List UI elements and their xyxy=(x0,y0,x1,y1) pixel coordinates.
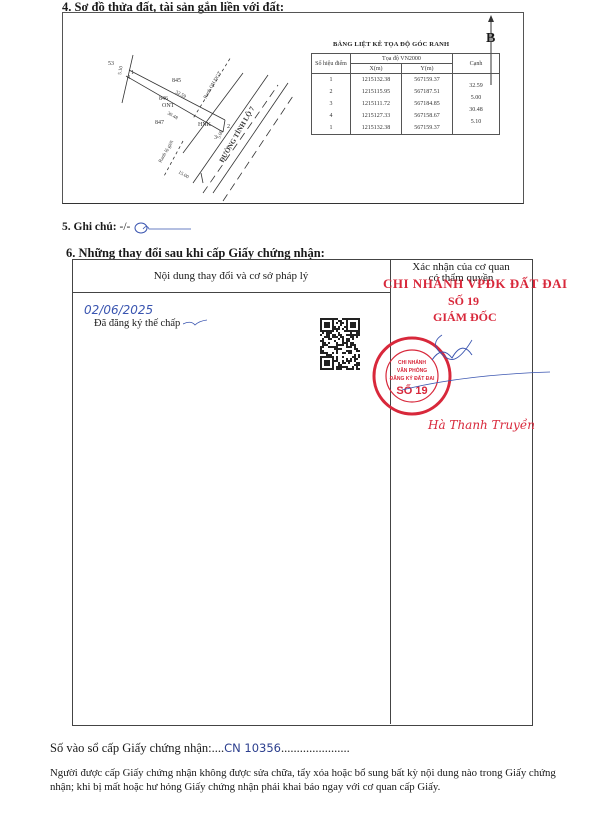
y-cell: 567159.37 xyxy=(402,122,452,134)
header-y: Y(m) xyxy=(402,64,453,74)
header-x: X(m) xyxy=(351,64,402,74)
y-cell: 567159.37 xyxy=(402,74,452,86)
svg-text:845: 845 xyxy=(172,78,181,84)
point-cell: 2 xyxy=(312,86,350,98)
stamp-office-number: SỐ 19 xyxy=(448,294,479,309)
header-point: Số hiệu điểm xyxy=(312,54,351,74)
svg-text:ONT: ONT xyxy=(162,103,175,109)
svg-text:30.48: 30.48 xyxy=(166,111,179,121)
coordinate-table-title: BẢNG LIỆT KÊ TỌA ĐỘ GÓC RANH xyxy=(333,41,449,48)
header-edge: Cạnh xyxy=(453,54,500,74)
entry-content-text: Đã đăng ký thế chấp xyxy=(94,318,180,329)
svg-text:HNK: HNK xyxy=(198,122,212,128)
north-arrow-label: B xyxy=(486,31,495,47)
x-cell: 1215132.38 xyxy=(351,122,401,134)
svg-text:2: 2 xyxy=(227,124,230,130)
legal-notice: Người được cấp Giấy chứng nhận không đượ… xyxy=(50,766,570,794)
header-coord-group: Tọa độ VN2000 xyxy=(351,54,453,64)
edge-cell: 32.59 xyxy=(453,80,499,92)
point-cell: 1 xyxy=(312,74,350,86)
stamp-position: GIÁM ĐỐC xyxy=(433,310,497,325)
qr-code-icon xyxy=(320,318,360,370)
point-cell: 1 xyxy=(312,122,350,134)
edge-cell: 30.48 xyxy=(453,104,499,116)
edge-cell: 5.00 xyxy=(453,92,499,104)
svg-text:846: 846 xyxy=(159,96,168,102)
signer-name: Hà Thanh Truyền xyxy=(428,418,535,432)
x-cell: 1215115.95 xyxy=(351,86,401,98)
x-cell: 1215127.33 xyxy=(351,110,401,122)
point-cell: 4 xyxy=(312,110,350,122)
section-5-notes: 5. Ghi chú: -/- xyxy=(62,220,193,234)
y-cell: 567184.85 xyxy=(402,98,452,110)
registry-label: Số vào sổ cấp Giấy chứng nhận: xyxy=(50,741,212,755)
entry-content: Đã đăng ký thế chấp xyxy=(94,318,207,329)
point-column: 12341 xyxy=(312,74,351,135)
entry-date: 02/06/2025 xyxy=(84,303,153,317)
x-column: 1215132.381215115.951215111.721215127.33… xyxy=(351,74,402,135)
x-cell: 1215132.38 xyxy=(351,74,401,86)
y-cell: 567187.51 xyxy=(402,86,452,98)
official-seal-icon: CHI NHÁNH VĂN PHÒNG ĐĂNG KÝ ĐẤT ĐAI SỐ 1… xyxy=(372,330,552,420)
edge-column: 32.595.0030.485.10 xyxy=(453,74,500,135)
y-cell: 567158.67 xyxy=(402,110,452,122)
x-cell: 1215111.72 xyxy=(351,98,401,110)
header-divider xyxy=(72,292,391,293)
svg-text:CHI NHÁNH: CHI NHÁNH xyxy=(398,359,426,366)
registry-value: CN 10356 xyxy=(224,741,281,755)
registry-number-line: Số vào sổ cấp Giấy chứng nhận:....CN 103… xyxy=(50,741,350,756)
parcel-53: 53 xyxy=(108,61,114,67)
column-divider xyxy=(390,259,391,724)
svg-text:ĐĂNG KÝ ĐẤT ĐAI: ĐĂNG KÝ ĐẤT ĐAI xyxy=(390,375,435,382)
svg-text:4: 4 xyxy=(127,75,130,81)
changes-content-header: Nội dung thay đổi và cơ sở pháp lý xyxy=(72,270,390,282)
notes-label: 5. Ghi chú: xyxy=(62,221,117,233)
svg-text:5.10: 5.10 xyxy=(118,65,125,75)
svg-text:Ranh lộ giới: Ranh lộ giới xyxy=(158,139,175,164)
initials-signature-icon xyxy=(133,220,193,234)
y-column: 567159.37567187.51567184.85567158.675671… xyxy=(402,74,453,135)
svg-text:847: 847 xyxy=(155,120,164,126)
edge-cell: 5.10 xyxy=(453,116,499,128)
svg-text:1: 1 xyxy=(131,70,134,76)
land-plot-diagram: 53 845 846 ONT 847 HNK 1 2 3 4 32.59 30.… xyxy=(62,12,524,204)
svg-text:15.00: 15.00 xyxy=(177,170,190,180)
svg-text:32.59: 32.59 xyxy=(174,90,187,100)
notes-value: -/- xyxy=(120,221,131,233)
stamp-office-name: CHI NHÁNH VPĐK ĐẤT ĐAI xyxy=(383,276,568,292)
initials-signature-icon xyxy=(183,318,207,328)
svg-text:Ranh QH ĐGT: Ranh QH ĐGT xyxy=(203,71,223,100)
svg-text:VĂN PHÒNG: VĂN PHÒNG xyxy=(397,366,427,374)
coordinate-table: Số hiệu điểm Tọa độ VN2000 Cạnh X(m) Y(m… xyxy=(311,53,500,135)
point-cell: 3 xyxy=(312,98,350,110)
